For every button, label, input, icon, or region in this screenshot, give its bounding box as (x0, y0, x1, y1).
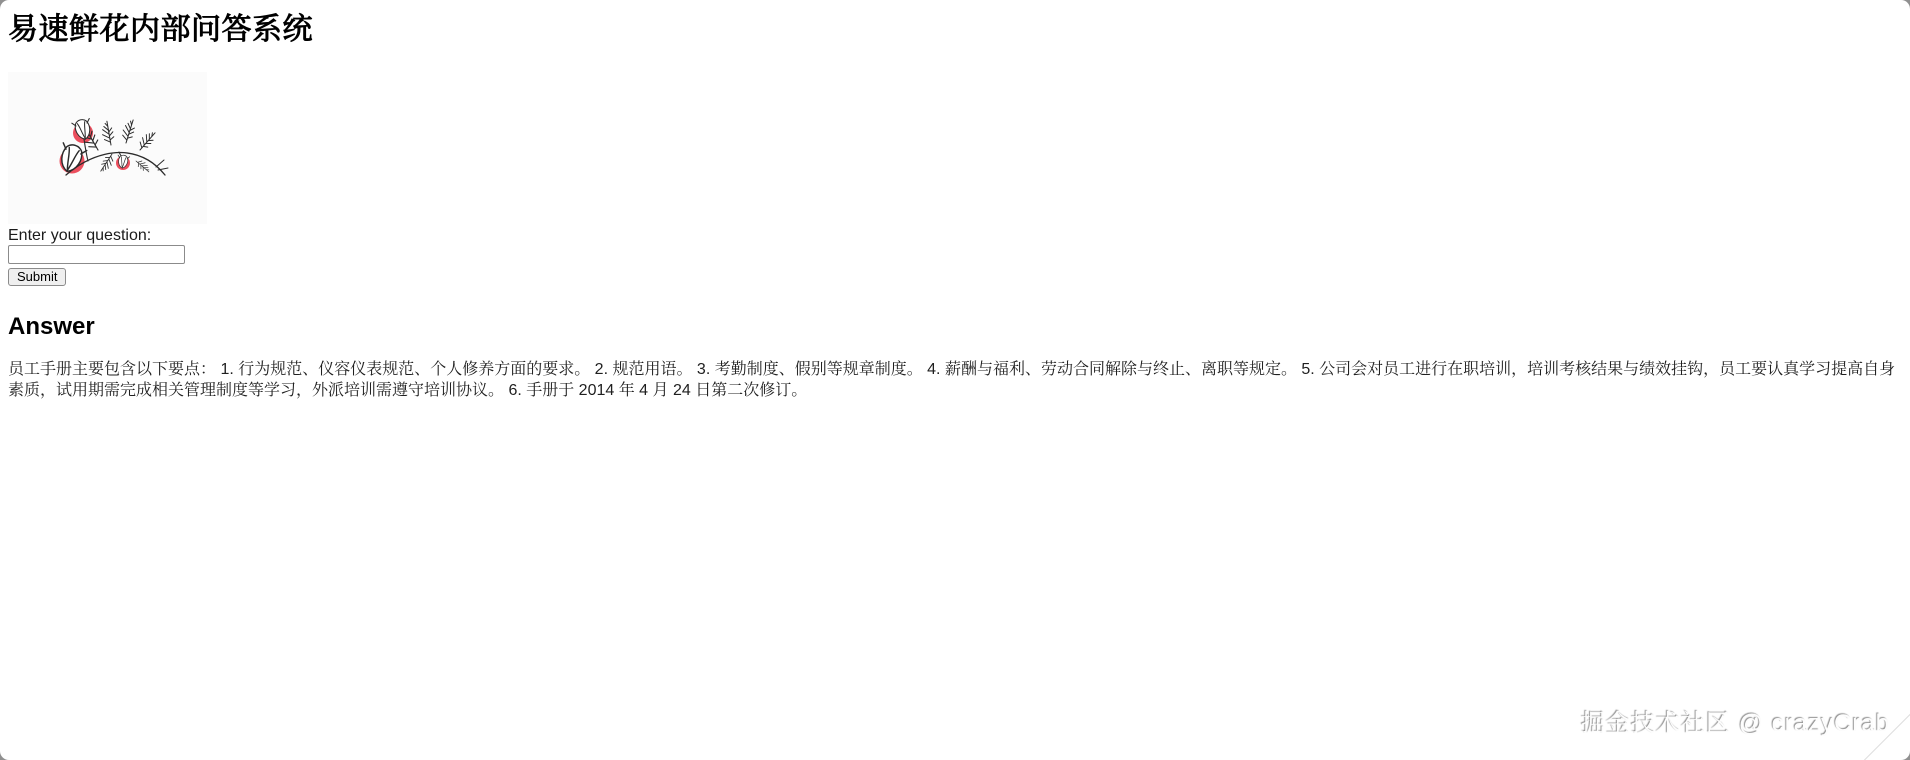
question-label: Enter your question: (8, 226, 1902, 245)
answer-text: 员工手册主要包含以下要点： 1. 行为规范、仪容仪表规范、个人修养方面的要求。 … (8, 359, 1902, 401)
question-input[interactable] (8, 245, 185, 264)
watermark-corner-line (1864, 710, 1910, 760)
watermark: 掘金技术社区 @ crazyCrab (1581, 703, 1890, 738)
question-form: Enter your question: Submit (8, 226, 1902, 286)
answer-heading: Answer (8, 312, 1902, 341)
rose-branch-illustration (8, 72, 207, 224)
branch-line-art (55, 118, 168, 176)
qa-page: 易速鲜花内部问答系统 (0, 0, 1910, 760)
submit-button[interactable]: Submit (8, 268, 66, 286)
page-title: 易速鲜花内部问答系统 (8, 12, 1902, 48)
flower-image (8, 72, 207, 224)
submit-row: Submit (8, 268, 1902, 286)
